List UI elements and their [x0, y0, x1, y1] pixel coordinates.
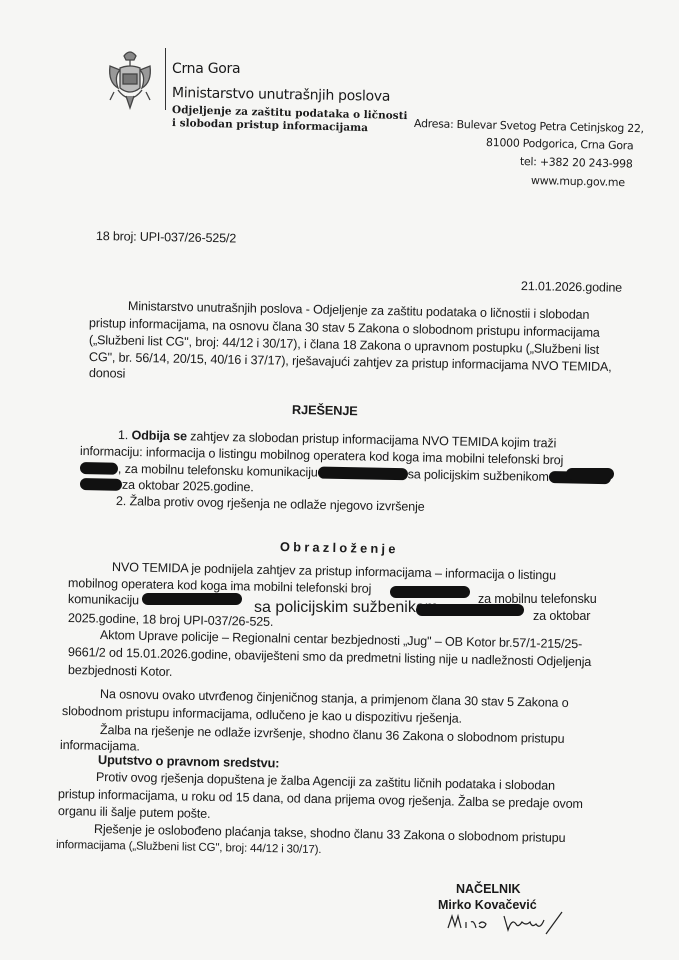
redaction-block	[80, 462, 118, 475]
redaction-block	[318, 467, 408, 481]
reasoning-heading: O b r a z l o ž e n j e	[280, 539, 396, 556]
redaction-block	[416, 604, 524, 616]
decision-heading: RJEŠENJE	[292, 402, 358, 418]
reasoning-fragment-3: za oktobar	[533, 609, 590, 623]
item-number: 1.	[118, 428, 128, 442]
redaction-block	[390, 586, 470, 598]
decision-item-1-line-4: za oktobar 2025.godine.	[80, 477, 254, 494]
redaction-block	[566, 468, 614, 480]
reasoning-fragment: sa policijskim sužbenikom	[254, 599, 438, 617]
document-date: 21.01.2026.godine	[521, 279, 622, 295]
reference-number: 18 broj: UPI-037/26-525/2	[96, 229, 236, 245]
address-website[interactable]: www.mup.gov.me	[531, 174, 625, 189]
reasoning-p6-line-2: informacijama („Službeni list CG", broj:…	[56, 839, 322, 856]
legal-remedy-heading: Uputstvo o pravnom sredstvu:	[98, 752, 280, 770]
redaction-block-3	[416, 604, 524, 616]
item-text: sa policijskim sužbenikom	[408, 467, 549, 484]
header-divider	[165, 48, 166, 110]
signatory-title: NAČELNIK	[456, 882, 521, 896]
paragraph-text: komunikaciju	[68, 592, 139, 607]
redaction-block	[80, 478, 122, 491]
address-phone: tel: +382 20 243-998	[520, 155, 633, 171]
decision-item-2: 2. Žalba protiv ovog rješenja ne odlaže …	[116, 494, 425, 514]
redaction-block-1	[142, 593, 242, 605]
item-text: , za mobilnu telefonsku komunikaciju	[118, 462, 318, 480]
coat-of-arms-icon	[104, 48, 156, 114]
handwritten-signature-icon	[446, 910, 566, 938]
address-line-1: Adresa: Bulevar Svetog Petra Cetinjskog …	[414, 117, 644, 135]
reasoning-p1-line-5: 2025.godine, 18 broj UPI-037/26-525.	[68, 611, 274, 629]
intro-line-5: donosi	[89, 366, 125, 381]
ministry-name: Ministarstvo unutrašnjih poslova	[172, 85, 390, 105]
reasoning-p2-line-3: bezbjednosti Kotor.	[68, 663, 173, 679]
reasoning-p1-line-3: komunikaciju	[68, 592, 139, 607]
redaction-block	[142, 593, 242, 605]
item-number: 2.	[116, 494, 126, 508]
redaction-phone-number	[566, 468, 614, 480]
address-line-2: 81000 Podgorica, Crna Gora	[486, 136, 634, 152]
reasoning-p5-line-3: organu ili šalje putem pošte.	[58, 804, 211, 821]
reasoning-p4-line-1: Žalba na rješenje ne odlaže izvršenje, s…	[100, 723, 565, 746]
country-name: Crna Gora	[172, 61, 240, 77]
decision-verdict: Odbija se	[131, 428, 187, 443]
item-text: Žalba protiv ovog rješenja ne odlaže nje…	[129, 494, 424, 514]
item-text: za oktobar 2025.godine.	[122, 478, 254, 495]
redaction-block-2	[390, 586, 470, 598]
document-page: Crna Gora Ministarstvo unutrašnjih poslo…	[0, 0, 679, 960]
